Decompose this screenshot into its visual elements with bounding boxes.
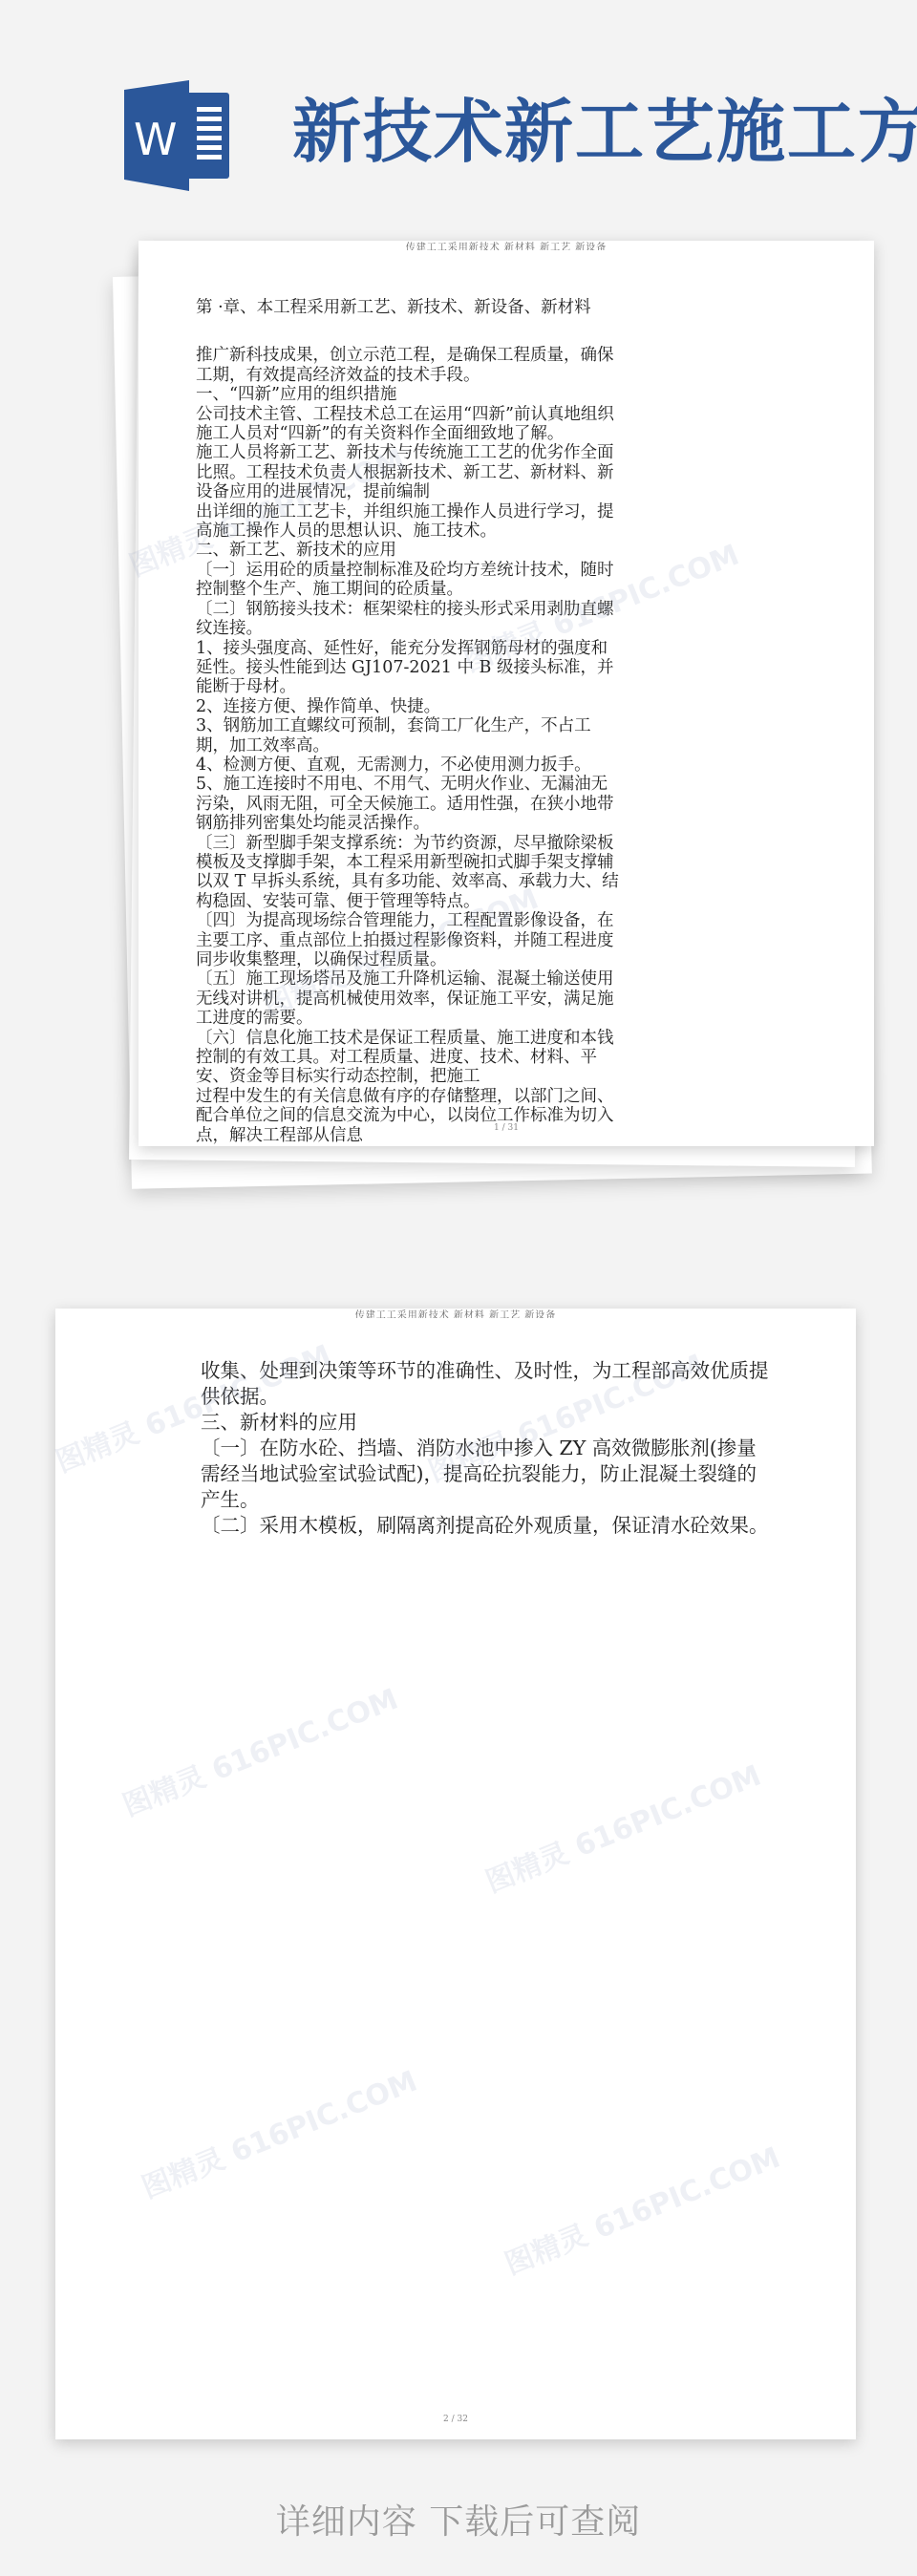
page-number: 1 / 31 [139,1123,874,1133]
running-header: 传建工工采用新技术 新材料 新工艺 新设备 [139,239,874,250]
list-item: 5、施工连接时不用电、不用气、无明火作业、无漏油无污染，风雨无阻，可全天候施工。… [196,775,621,833]
chapter-title: 第 ·章、本工程采用新工艺、新技术、新设备、新材料 [196,298,621,317]
paragraph: 推广新科技成果，创立示范工程，是确保工程质量，确保工期，有效提高经济效益的技术手… [196,346,621,385]
list-item: 2、连接方便、操作简单、快捷。 [196,697,621,716]
document-page-2[interactable]: 传建工工采用新技术 新材料 新工艺 新设备 收集、处理到决策等环节的准确性、及时… [55,1309,856,2439]
logo-letter: W [134,114,177,165]
paragraph: 〔二〕采用木模板，刷隔离剂提高砼外观质量，保证清水砼效果。 [201,1513,774,1539]
document-title: 新技术新工艺施工方案 [292,94,917,170]
paragraph: 〔一〕运用砼的质量控制标准及砼均方差统计技术，随时控制整个生产、施工期间的砼质量… [196,561,621,600]
document-page-1[interactable]: 传建工工采用新技术 新材料 新工艺 新设备 第 ·章、本工程采用新工艺、新技术、… [139,241,874,1146]
paragraph: 〔三〕新型脚手架支撑系统：为节约资源，尽早撤除梁板模板及支撑脚手架，本工程采用新… [196,834,621,912]
paragraph: 〔四〕为提高现场综合管理能力，工程配置影像设备，在主要工序、重点部位上拍摄过程影… [196,911,621,969]
list-item: 3、钢筋加工直螺纹可预制，套筒工厂化生产，不占工期，加工效率高。 [196,716,621,756]
watermark: 图精灵 616PIC.COM [116,1675,403,1824]
paragraph: 〔五〕施工现场塔吊及施工升降机运输、混凝土输送使用无线对讲机，提高机械使用效率，… [196,969,621,1028]
page-body: 第 ·章、本工程采用新工艺、新技术、新设备、新材料 推广新科技成果，创立示范工程… [196,298,621,1145]
list-item: 4、检测方便、直观，无需测力，不必使用测力扳手。 [196,756,621,775]
list-item: 1、接头强度高、延性好，能充分发挥钢筋母材的强度和延性。接头性能到达 GJ107… [196,639,621,697]
watermark: 图精灵 616PIC.COM [135,2057,422,2206]
paragraph: 公司技术主管、工程技术总工在运用“四新”前认真地组织施工人员对“四新”的有关资料… [196,405,621,444]
paragraph: 出详细的施工工艺卡，并组织施工操作人员进行学习，提高施工操作人员的思想认识、施工… [196,502,621,542]
page-body: 收集、处理到决策等环节的准确性、及时性，为工程部高效优质提供依据。 三、新材料的… [201,1358,774,1539]
paragraph: 过程中发生的有关信息做有序的存储整理，以部门之间、配合单位之间的信息交流为中心，… [196,1087,621,1145]
banner: W 新技术新工艺施工方案 [0,0,917,229]
page-number: 2 / 32 [55,2415,856,2424]
paragraph: 〔二〕钢筋接头技术：框架梁柱的接头形式采用剥肋直螺纹连接。 [196,600,621,639]
paragraph: 收集、处理到决策等环节的准确性、及时性，为工程部高效优质提供依据。 [201,1358,774,1410]
watermark: 图精灵 616PIC.COM [479,1752,766,1901]
download-prompt[interactable]: 详细内容 下载后可查阅 [0,2495,917,2544]
paragraph: 〔一〕在防水砼、挡墙、消防水池中掺入 ZY 高效微膨胀剂(掺量需经当地试验室试验… [201,1436,774,1513]
paragraph: 〔六〕信息化施工技术是保证工程质量、施工进度和本钱控制的有效工具。对工程质量、进… [196,1029,621,1087]
paragraph: 施工人员将新工艺、新技术与传统施工工艺的优劣作全面比照。工程技术负责人根据新技术… [196,443,621,501]
running-header: 传建工工采用新技术 新材料 新工艺 新设备 [55,1307,856,1318]
section-heading: 三、新材料的应用 [201,1410,774,1436]
section-heading: 二、新工艺、新技术的应用 [196,541,621,560]
word-document-icon: W [124,80,231,191]
watermark: 图精灵 616PIC.COM [498,2134,785,2283]
section-heading: 一、“四新”应用的组织措施 [196,385,621,404]
